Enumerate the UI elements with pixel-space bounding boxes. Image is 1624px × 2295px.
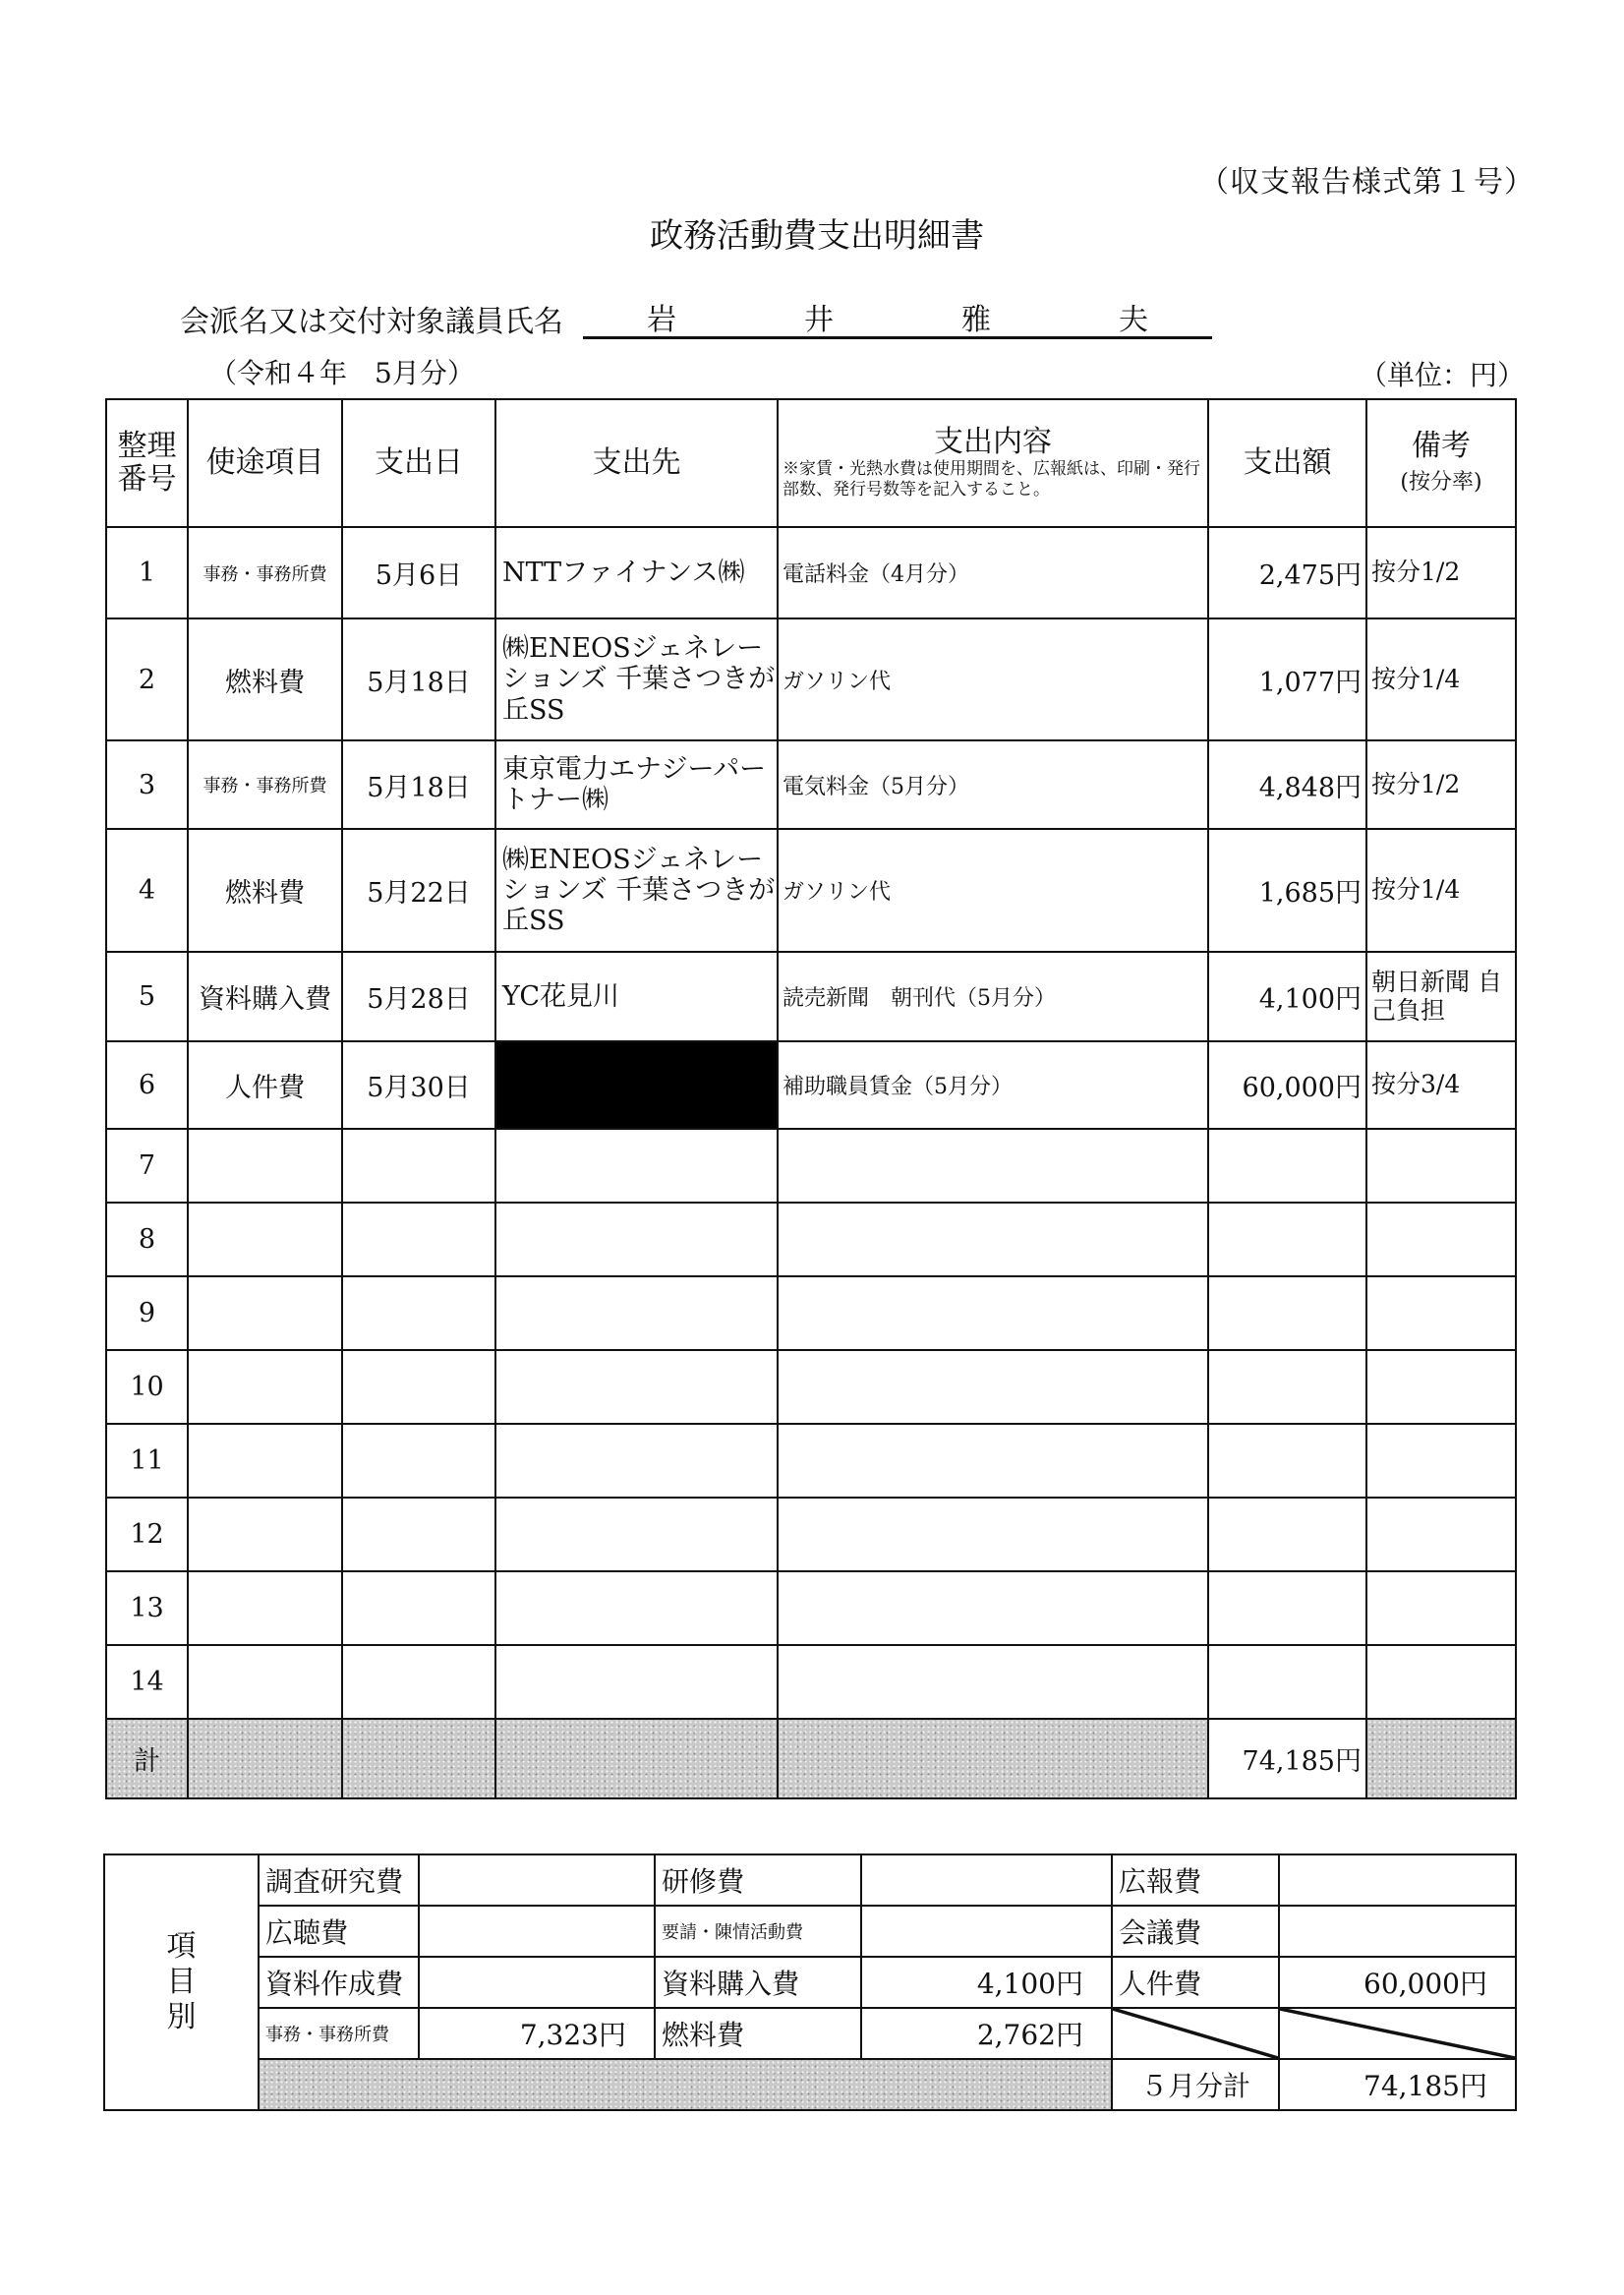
row-amount: 4,848円 (1208, 740, 1366, 829)
member-name-field: 岩 井 雅 夫 (583, 295, 1212, 339)
row-description: 読売新聞 朝刊代（5月分） (778, 952, 1208, 1041)
row-category (188, 1571, 342, 1645)
total-blank (778, 1719, 1208, 1798)
expense-detail-table: 整理番号 使途項目 支出日 支出先 支出内容 ※家賃・光熱水費は使用期間を、広報… (105, 398, 1517, 1799)
summary-value (1279, 1906, 1516, 1957)
row-category (188, 1129, 342, 1203)
row-amount: 2,475円 (1208, 527, 1366, 618)
row-date (342, 1350, 495, 1424)
row-date (342, 1129, 495, 1203)
row-remarks (1366, 1645, 1516, 1719)
table-row: 10 (106, 1350, 1516, 1424)
member-name-char: 雅 (961, 295, 991, 336)
summary-label: 広報費 (1112, 1854, 1279, 1906)
header-date: 支出日 (342, 399, 495, 527)
table-row: 11 (106, 1424, 1516, 1498)
row-amount (1208, 1276, 1366, 1350)
row-date: 5月6日 (342, 527, 495, 618)
document-title: 政務活動費支出明細書 (0, 208, 1624, 257)
row-remarks (1366, 1498, 1516, 1571)
table-row: 12 (106, 1498, 1516, 1571)
summary-label: 要請・陳情活動費 (655, 1906, 861, 1957)
summary-value: 60,000円 (1279, 1957, 1516, 2008)
row-number: 6 (106, 1041, 188, 1129)
row-description: 補助職員賃金（5月分） (778, 1041, 1208, 1129)
row-date (342, 1276, 495, 1350)
summary-label: 研修費 (655, 1854, 861, 1906)
row-number: 14 (106, 1645, 188, 1719)
row-payee (495, 1571, 778, 1645)
summary-label: 燃料費 (655, 2008, 861, 2059)
row-payee (495, 1498, 778, 1571)
row-date (342, 1203, 495, 1276)
row-payee (495, 1424, 778, 1498)
total-amount: 74,185円 (1208, 1719, 1366, 1798)
table-row: 9 (106, 1276, 1516, 1350)
header-no: 整理番号 (106, 399, 188, 527)
member-name-char: 岩 (647, 295, 676, 336)
row-remarks (1366, 1276, 1516, 1350)
summary-value: 2,762円 (861, 2008, 1112, 2059)
row-date (342, 1424, 495, 1498)
row-payee (495, 1645, 778, 1719)
summary-label: 会議費 (1112, 1906, 1279, 1957)
month-total-value: 74,185円 (1279, 2059, 1516, 2110)
summary-label: 資料作成費 (259, 1957, 419, 2008)
row-remarks (1366, 1571, 1516, 1645)
row-number: 4 (106, 829, 188, 952)
row-description: 電話料金（4月分） (778, 527, 1208, 618)
row-category (188, 1350, 342, 1424)
shaded-blank (259, 2059, 1112, 2110)
row-remarks (1366, 1350, 1516, 1424)
row-remarks: 朝日新聞 自己負担 (1366, 952, 1516, 1041)
row-amount (1208, 1203, 1366, 1276)
table-row: 3事務・事務所費5月18日東京電力エナジーパートナー㈱電気料金（5月分）4,84… (106, 740, 1516, 829)
row-amount (1208, 1424, 1366, 1498)
row-number: 13 (106, 1571, 188, 1645)
table-row: 1事務・事務所費5月6日NTTファイナンス㈱電話料金（4月分）2,475円按分1… (106, 527, 1516, 618)
row-date: 5月22日 (342, 829, 495, 952)
row-date (342, 1498, 495, 1571)
summary-label: 事務・事務所費 (259, 2008, 419, 2059)
row-payee: YC花見川 (495, 952, 778, 1041)
table-row: 2燃料費5月18日㈱ENEOSジェネレーションズ 千葉さつきが丘SSガソリン代1… (106, 618, 1516, 740)
row-amount (1208, 1571, 1366, 1645)
row-remarks: 按分3/4 (1366, 1041, 1516, 1129)
row-number: 1 (106, 527, 188, 618)
row-number: 9 (106, 1276, 188, 1350)
member-label: 会派名又は交付対象議員氏名 (180, 297, 563, 340)
row-description (778, 1276, 1208, 1350)
row-description (778, 1424, 1208, 1498)
total-blank (188, 1719, 342, 1798)
form-number: （収支報告様式第１号） (1199, 157, 1535, 201)
row-remarks (1366, 1424, 1516, 1498)
header-description-note: ※家賃・光熱水費は使用期間を、広報紙は、印刷・発行部数、発行号数等を記入すること… (779, 459, 1207, 501)
summary-label: 人件費 (1112, 1957, 1279, 2008)
crossed-out-cell (1279, 2008, 1516, 2059)
row-number: 2 (106, 618, 188, 740)
summary-value (861, 1854, 1112, 1906)
table-row: 13 (106, 1571, 1516, 1645)
summary-label: 調査研究費 (259, 1854, 419, 1906)
summary-value (861, 1906, 1112, 1957)
row-category (188, 1645, 342, 1719)
row-description (778, 1645, 1208, 1719)
row-remarks: 按分1/2 (1366, 740, 1516, 829)
row-amount (1208, 1350, 1366, 1424)
row-remarks: 按分1/4 (1366, 618, 1516, 740)
row-category (188, 1203, 342, 1276)
row-category (188, 1276, 342, 1350)
row-payee: NTTファイナンス㈱ (495, 527, 778, 618)
row-amount: 4,100円 (1208, 952, 1366, 1041)
row-category: 人件費 (188, 1041, 342, 1129)
table-row: 7 (106, 1129, 1516, 1203)
row-description: ガソリン代 (778, 829, 1208, 952)
row-date (342, 1645, 495, 1719)
row-number: 7 (106, 1129, 188, 1203)
row-category (188, 1498, 342, 1571)
row-description: 電気料金（5月分） (778, 740, 1208, 829)
row-payee (495, 1203, 778, 1276)
row-amount: 1,685円 (1208, 829, 1366, 952)
row-description: ガソリン代 (778, 618, 1208, 740)
row-category: 事務・事務所費 (188, 527, 342, 618)
summary-value (419, 1957, 655, 2008)
row-remarks (1366, 1203, 1516, 1276)
row-description (778, 1498, 1208, 1571)
row-description (778, 1203, 1208, 1276)
row-payee: ㈱ENEOSジェネレーションズ 千葉さつきが丘SS (495, 829, 778, 952)
row-amount: 1,077円 (1208, 618, 1366, 740)
row-number: 12 (106, 1498, 188, 1571)
total-row: 計 74,185円 (106, 1719, 1516, 1798)
total-blank (495, 1719, 778, 1798)
month-total-label: ５月分計 (1112, 2059, 1279, 2110)
row-number: 5 (106, 952, 188, 1041)
header-category: 使途項目 (188, 399, 342, 527)
table-row: 14 (106, 1645, 1516, 1719)
row-date: 5月18日 (342, 618, 495, 740)
row-remarks (1366, 1129, 1516, 1203)
row-description (778, 1129, 1208, 1203)
header-payee: 支出先 (495, 399, 778, 527)
row-amount (1208, 1129, 1366, 1203)
row-date: 5月18日 (342, 740, 495, 829)
row-payee (495, 1276, 778, 1350)
redacted-payee (495, 1041, 778, 1129)
summary-value: 4,100円 (861, 1957, 1112, 2008)
summary-value (1279, 1854, 1516, 1906)
member-name-char: 夫 (1119, 295, 1148, 336)
summary-side-label: 項目別 (104, 1854, 259, 2110)
total-blank (1366, 1719, 1516, 1798)
table-row: 8 (106, 1203, 1516, 1276)
row-remarks: 按分1/4 (1366, 829, 1516, 952)
row-payee: ㈱ENEOSジェネレーションズ 千葉さつきが丘SS (495, 618, 778, 740)
row-remarks: 按分1/2 (1366, 527, 1516, 618)
row-number: 10 (106, 1350, 188, 1424)
row-number: 8 (106, 1203, 188, 1276)
report-period: （令和４年 5月分） (209, 352, 475, 391)
category-summary-table: 項目別 調査研究費 研修費 広報費 広聴費 要請・陳情活動費 会議費 資料作成費… (103, 1854, 1517, 2111)
row-date: 5月28日 (342, 952, 495, 1041)
table-row: 6人件費5月30日補助職員賃金（5月分）60,000円按分3/4 (106, 1041, 1516, 1129)
row-category: 燃料費 (188, 829, 342, 952)
row-category: 資料購入費 (188, 952, 342, 1041)
summary-label: 資料購入費 (655, 1957, 861, 2008)
table-row: 5資料購入費5月28日YC花見川読売新聞 朝刊代（5月分）4,100円朝日新聞 … (106, 952, 1516, 1041)
table-row: 4燃料費5月22日㈱ENEOSジェネレーションズ 千葉さつきが丘SSガソリン代1… (106, 829, 1516, 952)
row-payee (495, 1350, 778, 1424)
row-description (778, 1350, 1208, 1424)
row-number: 3 (106, 740, 188, 829)
unit-label: （単位：円） (1360, 354, 1525, 393)
table-header-row: 整理番号 使途項目 支出日 支出先 支出内容 ※家賃・光熱水費は使用期間を、広報… (106, 399, 1516, 527)
summary-value: 7,323円 (419, 2008, 655, 2059)
header-amount: 支出額 (1208, 399, 1366, 527)
row-description (778, 1571, 1208, 1645)
row-date (342, 1571, 495, 1645)
row-amount (1208, 1645, 1366, 1719)
total-blank (342, 1719, 495, 1798)
summary-value (419, 1906, 655, 1957)
row-payee: 東京電力エナジーパートナー㈱ (495, 740, 778, 829)
header-remarks: 備考(按分率) (1366, 399, 1516, 527)
row-amount (1208, 1498, 1366, 1571)
row-category (188, 1424, 342, 1498)
row-category: 事務・事務所費 (188, 740, 342, 829)
summary-label: 広聴費 (259, 1906, 419, 1957)
row-amount: 60,000円 (1208, 1041, 1366, 1129)
row-date: 5月30日 (342, 1041, 495, 1129)
row-number: 11 (106, 1424, 188, 1498)
member-name-char: 井 (804, 295, 834, 336)
row-payee (495, 1129, 778, 1203)
row-category: 燃料費 (188, 618, 342, 740)
summary-value (419, 1854, 655, 1906)
header-description: 支出内容 ※家賃・光熱水費は使用期間を、広報紙は、印刷・発行部数、発行号数等を記… (778, 399, 1208, 527)
total-label: 計 (106, 1719, 188, 1798)
crossed-out-cell (1112, 2008, 1279, 2059)
